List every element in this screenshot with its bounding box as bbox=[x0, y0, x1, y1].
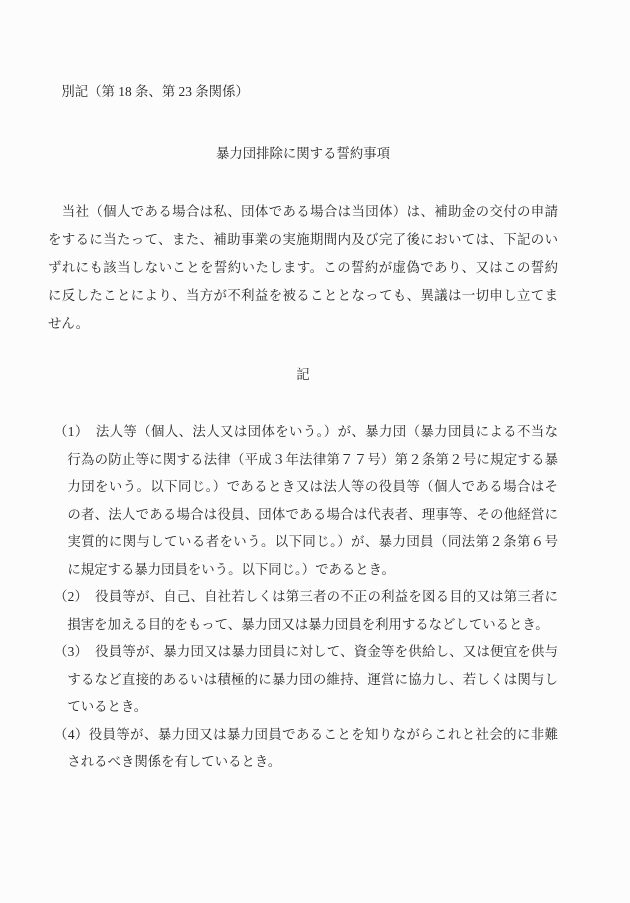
pledge-item-line: （2） 役員等が、自己、自社若しくは第三者の不正の利益を図る目的又は第三者に bbox=[54, 583, 558, 611]
ki-marker: 記 bbox=[48, 361, 558, 389]
preamble-line: ずれにも該当しないことを誓約いたします。この誓約が虚偽であり、又はこの誓約 bbox=[48, 254, 558, 282]
pledge-item-4: （4）役員等が、暴力団又は暴力団員であることを知りながらこれと社会的に非難される… bbox=[54, 721, 558, 776]
pledge-item-line: ているとき。 bbox=[54, 693, 558, 721]
pledge-item-line: 損害を加える目的をもって、暴力団又は暴力団員を利用するなどしているとき。 bbox=[54, 611, 558, 639]
pledge-item-line: （1） 法人等（個人、法人又は団体をいう。）が、暴力団（暴力団員による不当な bbox=[54, 418, 558, 446]
pledge-item-3: （3） 役員等が、暴力団又は暴力団員に対して、資金等を供給し、又は便宜を供与する… bbox=[54, 638, 558, 721]
document-page: 別記（第 18 条、第 23 条関係） 暴力団排除に関する誓約事項 当社（個人で… bbox=[0, 0, 630, 903]
pledge-item-line: （4）役員等が、暴力団又は暴力団員であることを知りながらこれと社会的に非難 bbox=[54, 721, 558, 749]
pledge-item-1: （1） 法人等（個人、法人又は団体をいう。）が、暴力団（暴力団員による不当な行為… bbox=[54, 418, 558, 583]
preamble-line: 当社（個人である場合は私、団体である場合は当団体）は、補助金の交付の申請 bbox=[48, 198, 558, 226]
pledge-items-list: （1） 法人等（個人、法人又は団体をいう。）が、暴力団（暴力団員による不当な行為… bbox=[48, 418, 558, 776]
pledge-item-2: （2） 役員等が、自己、自社若しくは第三者の不正の利益を図る目的又は第三者に損害… bbox=[54, 583, 558, 638]
pledge-item-line: するなど直接的あるいは積極的に暴力団の維持、運営に協力し、若しくは関与し bbox=[54, 666, 558, 694]
pledge-item-line: （3） 役員等が、暴力団又は暴力団員に対して、資金等を供給し、又は便宜を供与 bbox=[54, 638, 558, 666]
preamble-line: に反したことにより、当方が不利益を被ることとなっても、異議は一切申し立てま bbox=[48, 282, 558, 310]
pledge-item-line: 実質的に関与している者をいう。以下同じ。）が、暴力団員（同法第２条第６号 bbox=[54, 528, 558, 556]
pledge-item-line: 力団をいう。以下同じ。）であるとき又は法人等の役員等（個人である場合はそ bbox=[54, 473, 558, 501]
document-title: 暴力団排除に関する誓約事項 bbox=[48, 140, 558, 168]
pledge-item-line: 行為の防止等に関する法律（平成３年法律第７７号）第２条第２号に規定する暴 bbox=[54, 446, 558, 474]
document-content: 別記（第 18 条、第 23 条関係） 暴力団排除に関する誓約事項 当社（個人で… bbox=[48, 78, 558, 776]
pledge-item-line: に規定する暴力団員をいう。以下同じ。）であるとき。 bbox=[54, 556, 558, 584]
preamble-line: をするに当たって、また、補助事業の実施期間内及び完了後においては、下記のい bbox=[48, 226, 558, 254]
reference-note: 別記（第 18 条、第 23 条関係） bbox=[48, 78, 558, 106]
pledge-item-line: の者、法人である場合は役員、団体である場合は代表者、理事等、その他経営に bbox=[54, 501, 558, 529]
preamble-line: せん。 bbox=[48, 310, 558, 338]
pledge-item-line: されるべき関係を有しているとき。 bbox=[54, 748, 558, 776]
preamble-paragraph: 当社（個人である場合は私、団体である場合は当団体）は、補助金の交付の申請をするに… bbox=[48, 198, 558, 338]
